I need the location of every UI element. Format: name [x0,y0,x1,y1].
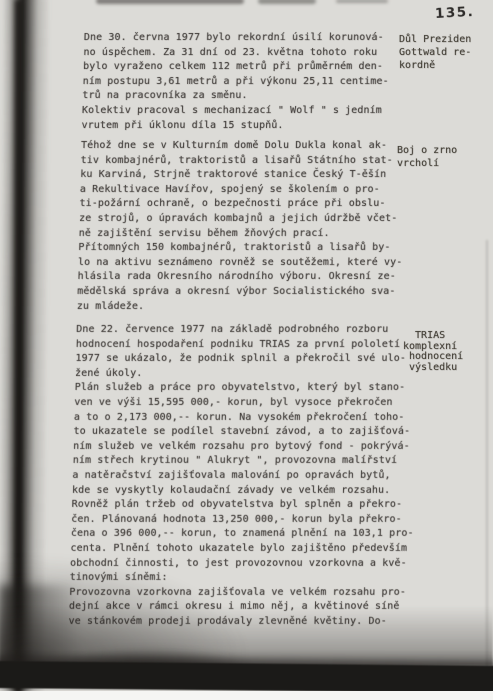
scan-artifact-top [336,0,388,3]
scan-artifact-top [96,0,244,4]
page-edge-band [0,661,493,693]
margin-note-trias: TRIAS komplexní hodnocení výsledku [403,331,463,373]
paragraph-mine-record: Dne 30. června 1977 bylo rekordní úsilí … [81,31,390,133]
margin-note-harvest: Boj o zrno vrcholí [397,144,457,170]
scanned-page: 135. Dne 30. června 1977 bylo rekordní ú… [0,0,493,700]
page-number: 135. [435,4,475,22]
margin-note-mine: Důl Preziden Gottwald re- kordně [399,33,471,72]
paragraph-harvest-meeting: Téhož dne se v Kulturním domě Dolu Dukla… [77,139,406,314]
body-text-column: Dne 30. června 1977 bylo rekordní úsilí … [68,31,429,641]
scan-background-strip [0,691,493,700]
scan-artifact-top [258,0,316,4]
